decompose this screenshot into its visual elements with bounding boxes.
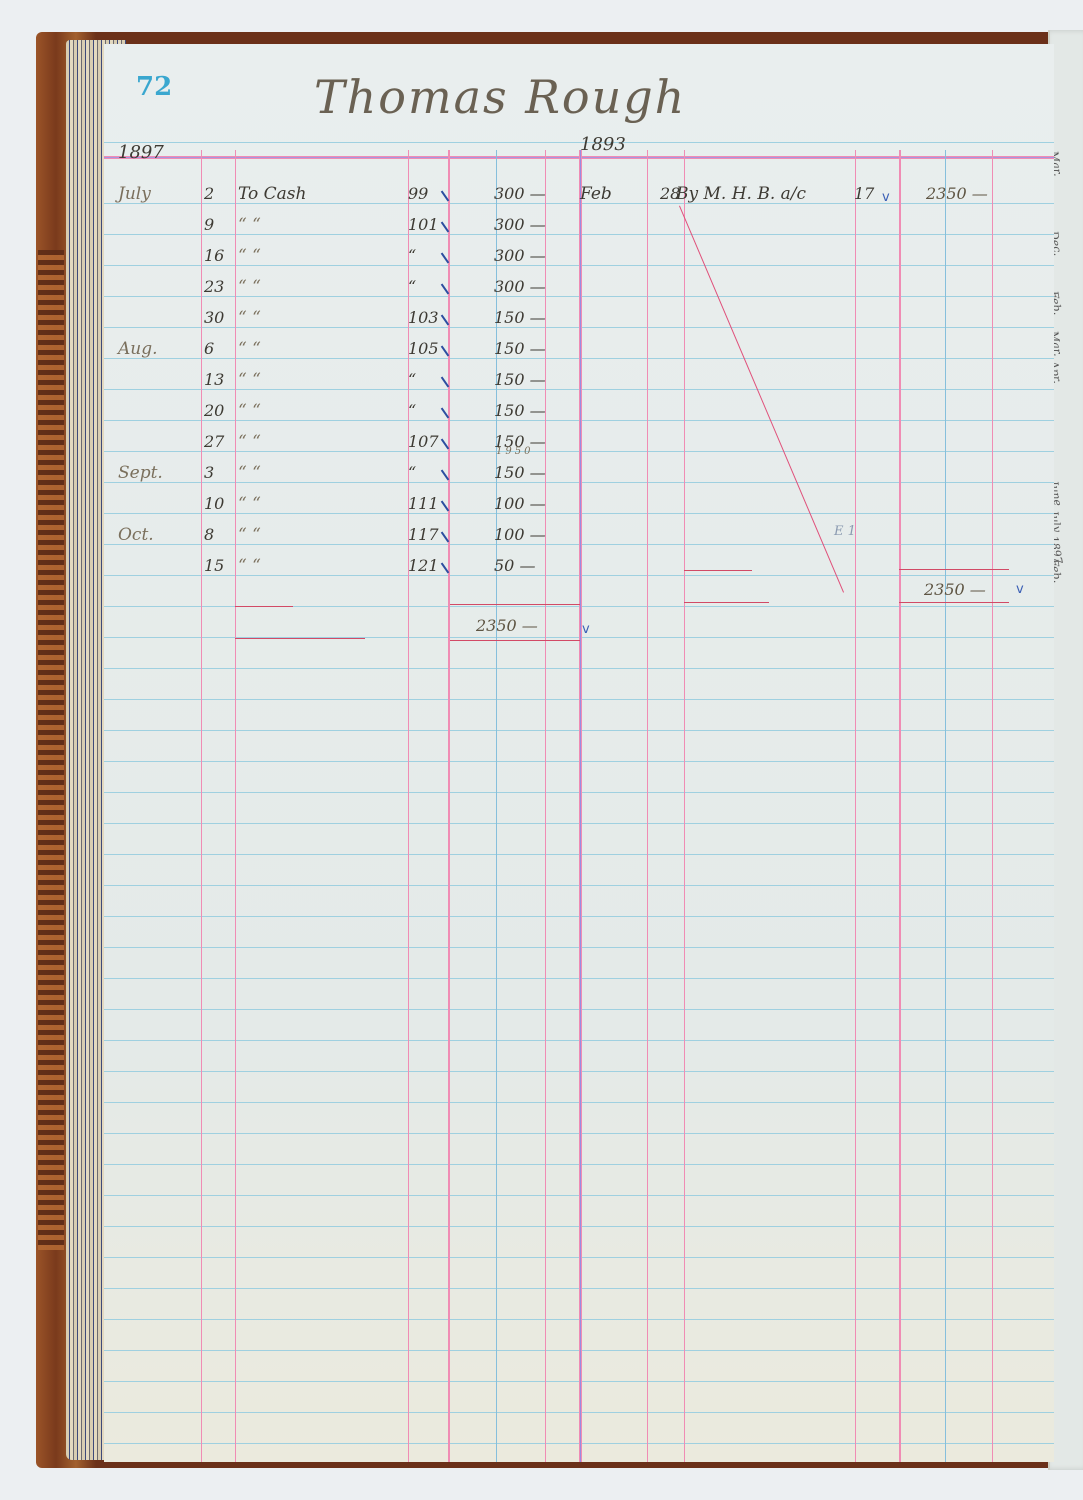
debit-description: “ “ <box>238 215 261 235</box>
debit-folio: “ <box>408 277 416 296</box>
debit-day: 9 <box>204 215 214 234</box>
page-number: 72 <box>136 72 172 102</box>
credit-description: By M. H. B. a/c <box>676 184 806 204</box>
debit-day: 20 <box>204 401 224 420</box>
underline <box>450 640 580 641</box>
credit-total: 2350 — <box>924 580 986 599</box>
debit-description: “ “ <box>238 339 261 359</box>
underline <box>450 604 580 605</box>
debit-description: “ “ <box>238 401 261 421</box>
underline <box>899 569 1009 570</box>
debit-day: 8 <box>204 525 214 544</box>
debit-description: “ “ <box>238 432 261 452</box>
column-rule <box>945 150 946 1462</box>
debit-day: 27 <box>204 432 224 451</box>
debit-amount: 50 — <box>494 556 535 575</box>
debit-total: 2350 — <box>476 616 538 635</box>
debit-amount: 100 — <box>494 525 546 544</box>
debit-month: July <box>118 184 151 204</box>
subtotal-pencil-note: 1950 <box>496 446 533 457</box>
debit-description: “ “ <box>238 246 261 266</box>
cover-spine-pattern <box>38 250 64 1250</box>
credit-year: 1893 <box>580 134 626 155</box>
debit-description: “ “ <box>238 370 261 390</box>
column-rule <box>899 150 901 1462</box>
debit-day: 13 <box>204 370 224 389</box>
debit-day: 23 <box>204 277 224 296</box>
debit-folio: 121 <box>408 556 439 575</box>
underline <box>235 638 365 639</box>
debit-folio: “ <box>408 401 416 420</box>
credit-month: Feb <box>580 184 612 204</box>
debit-folio: “ <box>408 370 416 389</box>
debit-description: “ “ <box>238 463 261 483</box>
debit-description: “ “ <box>238 494 261 514</box>
debit-folio: 105 <box>408 339 439 358</box>
debit-year: 1897 <box>118 142 164 163</box>
debit-folio: “ <box>408 463 416 482</box>
debit-day: 15 <box>204 556 224 575</box>
debit-day: 10 <box>204 494 224 513</box>
debit-month: Sept. <box>118 463 163 483</box>
debit-month: Aug. <box>118 339 158 359</box>
debit-total-check: v <box>582 622 590 637</box>
column-rule <box>235 150 236 1462</box>
debit-month: Oct. <box>118 525 154 545</box>
debit-amount: 150 — <box>494 339 546 358</box>
debit-amount: 100 — <box>494 494 546 513</box>
column-rule <box>647 150 648 1462</box>
underline <box>684 570 752 571</box>
void-diagonal-line <box>679 206 844 593</box>
debit-folio: 103 <box>408 308 439 327</box>
column-rule <box>448 150 450 1462</box>
debit-amount: 150 — <box>494 463 546 482</box>
header-blue-rule <box>104 142 1054 143</box>
center-divider <box>579 150 582 1462</box>
account-name: Thomas Rough <box>314 70 686 124</box>
debit-amount: 300 — <box>494 277 546 296</box>
debit-folio: 111 <box>408 494 439 513</box>
debit-description: To Cash <box>238 184 306 204</box>
debit-day: 30 <box>204 308 224 327</box>
credit-check: v <box>882 190 890 205</box>
credit-folio: 17 <box>854 184 874 203</box>
debit-description: “ “ <box>238 277 261 297</box>
underline <box>684 602 769 603</box>
debit-folio: 99 <box>408 184 428 203</box>
debit-amount: 150 — <box>494 370 546 389</box>
debit-day: 16 <box>204 246 224 265</box>
debit-amount: 300 — <box>494 184 546 203</box>
debit-day: 2 <box>204 184 214 203</box>
debit-day: 6 <box>204 339 214 358</box>
pencil-mark: E 1 <box>834 524 856 539</box>
debit-folio: “ <box>408 246 416 265</box>
credit-total-check: v <box>1016 582 1024 597</box>
debit-description: “ “ <box>238 525 261 545</box>
debit-description: “ “ <box>238 308 261 328</box>
ledger-page: 72 Thomas Rough 1897 July2To Cash99300 —… <box>104 44 1054 1462</box>
debit-folio: 101 <box>408 215 439 234</box>
debit-folio: 117 <box>408 525 439 544</box>
column-rule <box>684 150 685 1462</box>
debit-folio: 107 <box>408 432 439 451</box>
debit-description: “ “ <box>238 556 261 576</box>
column-rule <box>855 150 856 1462</box>
debit-amount: 150 — <box>494 308 546 327</box>
debit-amount: 300 — <box>494 246 546 265</box>
debit-day: 3 <box>204 463 214 482</box>
debit-amount: 300 — <box>494 215 546 234</box>
underline <box>235 606 293 607</box>
debit-amount: 150 — <box>494 401 546 420</box>
column-rule <box>201 150 202 1462</box>
column-rule <box>992 150 993 1462</box>
credit-amount: 2350 — <box>926 184 988 203</box>
underline <box>899 602 1009 603</box>
